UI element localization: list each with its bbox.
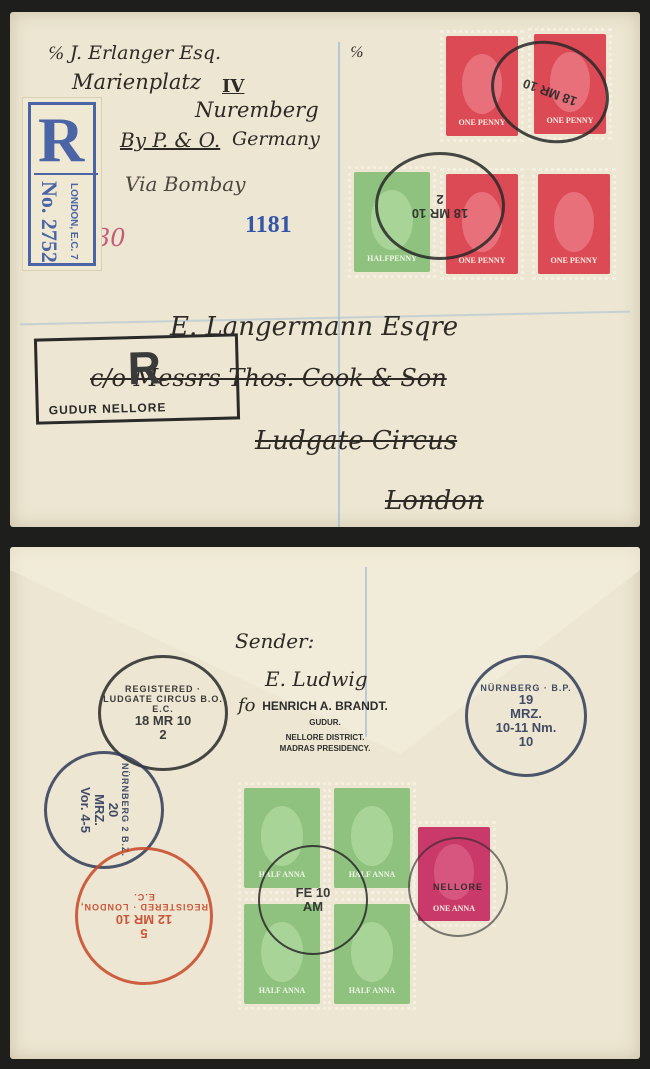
postmark-nellore: FE 10 AM <box>258 845 368 955</box>
street-number: IV <box>222 76 244 97</box>
boxed-r-letter: R <box>127 340 162 395</box>
cover-back: Sender: E. Ludwig fo HENRICH A. BRANDT. … <box>10 547 640 1059</box>
postmark-ludgate-circus: 18 MR 10 2 <box>375 152 505 260</box>
imprint-town: GUDUR. <box>250 718 400 727</box>
registration-label: R LONDON, E.C. 7 No. 2752 <box>22 97 102 271</box>
stamp-one-penny: ONE PENNY <box>532 168 616 280</box>
country-line: Germany <box>232 128 320 150</box>
via-line: Via Bombay <box>125 172 246 196</box>
registration-number: No. 2752 <box>36 181 62 263</box>
postmark-nurnberg-19: NÜRNBERG · B.P. 19 MRZ. 10-11 Nm. 10 <box>465 655 587 777</box>
blue-number: 1181 <box>245 212 292 239</box>
route-line: By P. & O. <box>120 128 220 152</box>
street-line: Marienplatz <box>72 70 201 94</box>
imprint-presidency: MADRAS PRESIDENCY. <box>250 744 400 753</box>
care-of-mark: ℅ <box>350 42 363 62</box>
registration-office: LONDON, E.C. 7 <box>68 183 79 260</box>
imprint-name: HENRICH A. BRANDT. <box>250 699 400 713</box>
address-line-ludgate: Ludgate Circus <box>255 426 457 456</box>
city-line: Nuremberg <box>195 98 319 122</box>
registration-letter: R <box>34 107 98 175</box>
sender-name: E. Ludwig <box>265 667 368 691</box>
imprint-district: NELLORE DISTRICT. <box>250 733 400 742</box>
sender-label: Sender: <box>235 629 314 653</box>
address-line-london: London <box>385 486 484 516</box>
boxed-r-office: GUDUR NELLORE <box>49 400 167 417</box>
registered-boxed-handstamp: R GUDUR NELLORE <box>34 333 240 424</box>
postmark-nellore: NELLORE <box>408 837 508 937</box>
care-of-line: ℅ J. Erlanger Esq. <box>48 42 221 65</box>
cover-front: ℅ J. Erlanger Esq. Marienplatz IV Nuremb… <box>10 12 640 527</box>
sender-imprint: HENRICH A. BRANDT. GUDUR. NELLORE DISTRI… <box>250 699 400 753</box>
postmark-london-registered: 5 12 MR 10 REGISTERED · LONDON, E.C. <box>75 847 213 985</box>
